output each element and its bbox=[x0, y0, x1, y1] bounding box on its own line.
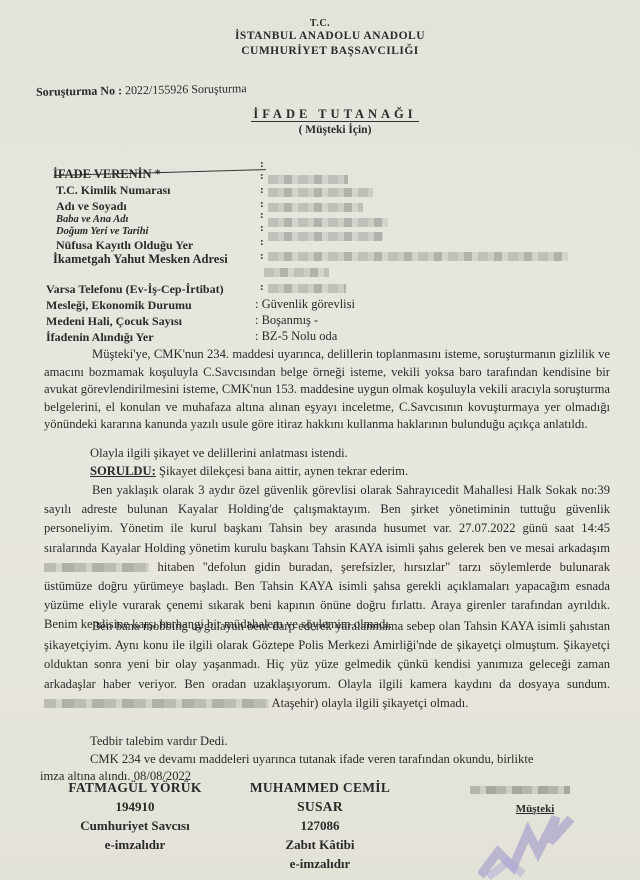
redacted-coworker-name bbox=[44, 563, 149, 572]
redacted-birth bbox=[268, 218, 388, 227]
statement-paragraph-1: Ben yaklaşık olarak 3 aydır özel güvenli… bbox=[44, 481, 610, 635]
clerk-esign: e-imzalıdır bbox=[245, 854, 395, 873]
clerk-id: 127086 bbox=[245, 816, 395, 835]
document-subtitle: ( Müşteki İçin) bbox=[0, 124, 640, 136]
asked-text: Şikayet dilekçesi bana aittir, aynen tek… bbox=[159, 464, 408, 478]
clerk-name: MUHAMMED CEMİL bbox=[245, 778, 395, 797]
field-label-parents: Baba ve Ana Adı bbox=[56, 214, 128, 225]
field-label-birth: Doğum Yeri ve Tarihi bbox=[56, 226, 148, 237]
investigation-number: Soruşturma No : 2022/155926 Soruşturma bbox=[36, 81, 247, 100]
redacted-name bbox=[268, 188, 373, 197]
prosecutor-name: FATMAGÜL YÖRÜK bbox=[60, 778, 210, 797]
prosecutor-role: Cumhuriyet Savcısı bbox=[60, 816, 210, 835]
header-office: İSTANBUL ANADOLU ANADOLU bbox=[10, 30, 640, 42]
value-marital: : Boşanmış - bbox=[255, 313, 318, 328]
prosecutor-esign: e-imzalıdır bbox=[60, 835, 210, 854]
field-label-marital: Medeni Hali, Çocuk Sayısı bbox=[46, 314, 182, 329]
redacted-coworker-info bbox=[44, 699, 269, 708]
colon: : bbox=[260, 209, 264, 221]
redacted-tc-id bbox=[268, 175, 348, 184]
colon: : bbox=[260, 184, 264, 196]
header-prosecutor: CUMHURİYET BAŞSAVCILIĞI bbox=[10, 45, 640, 57]
rights-paragraph: Müşteki'ye, CMK'nun 234. maddesi uyarınc… bbox=[44, 346, 610, 434]
redacted-registry bbox=[268, 232, 383, 241]
investigation-label: Soruşturma No : bbox=[36, 83, 122, 98]
document-page: T.C. İSTANBUL ANADOLU ANADOLU CUMHURİYET… bbox=[0, 0, 640, 880]
statement-paragraph-2: Ben bana mobbing uygulayan beni darp ede… bbox=[44, 617, 610, 713]
rights-text: Müşteki'ye, CMK'nun 234. maddesi uyarınc… bbox=[44, 347, 610, 431]
colon: : bbox=[260, 158, 264, 170]
statement-p1a: Ben yaklaşık olarak 3 aydır özel güvenli… bbox=[44, 483, 610, 555]
field-label-address: İkametgah Yahut Mesken Adresi bbox=[53, 252, 228, 267]
header-tc: T.C. bbox=[0, 18, 640, 29]
field-label-location: İfadenin Alındığı Yer bbox=[46, 330, 154, 345]
colon: : bbox=[260, 250, 264, 262]
asked-label: SORULDU: bbox=[90, 464, 156, 478]
investigation-value: 2022/155926 Soruşturma bbox=[125, 81, 247, 97]
colon: : bbox=[260, 236, 264, 248]
clerk-role: Zabıt Kâtibi bbox=[245, 835, 395, 854]
redacted-address bbox=[268, 252, 568, 261]
redacted-address-line2 bbox=[264, 268, 329, 277]
prosecutor-id: 194910 bbox=[60, 797, 210, 816]
title-text: İFADE TUTANAĞI bbox=[251, 107, 418, 122]
clerk-surname: SUSAR bbox=[245, 797, 395, 816]
field-label-registry: Nüfusa Kayıtlı Olduğu Yer bbox=[56, 238, 193, 253]
signature-clerk: MUHAMMED CEMİL SUSAR 127086 Zabıt Kâtibi… bbox=[245, 778, 395, 873]
statement-p2a: Ben bana mobbing uygulayan beni darp ede… bbox=[44, 619, 610, 691]
field-label-tc-id: T.C. Kimlik Numarası bbox=[56, 183, 170, 198]
measure-line: Tedbir talebim vardır Dedi. bbox=[90, 734, 228, 749]
statement-p2b: Ataşehir) olayla ilgili şikayetçi olmadı… bbox=[271, 696, 468, 710]
colon: : bbox=[260, 281, 264, 293]
colon: : bbox=[260, 170, 264, 182]
value-occupation: : Güvenlik görevlisi bbox=[255, 297, 355, 312]
redacted-parents bbox=[268, 203, 363, 212]
field-label-name: Adı ve Soyadı bbox=[56, 199, 127, 214]
closing-line-1: CMK 234 ve devamı maddeleri uyarınca tut… bbox=[90, 752, 533, 767]
value-location: : BZ-5 Nolu oda bbox=[255, 329, 337, 344]
document-title: İFADE TUTANAĞI bbox=[0, 107, 640, 122]
field-label-phone: Varsa Telefonu (Ev-İş-Cep-İrtibat) bbox=[46, 282, 224, 297]
request-line: Olayla ilgili şikayet ve delillerini anl… bbox=[90, 446, 348, 461]
redacted-phone bbox=[268, 284, 346, 293]
signature-prosecutor: FATMAGÜL YÖRÜK 194910 Cumhuriyet Savcısı… bbox=[60, 778, 210, 854]
field-label-occupation: Mesleği, Ekonomik Durumu bbox=[46, 298, 192, 313]
colon: : bbox=[260, 222, 264, 234]
handwritten-signature-icon bbox=[478, 812, 578, 880]
redacted-complainant-name bbox=[470, 786, 570, 794]
asked-line: SORULDU: Şikayet dilekçesi bana aittir, … bbox=[90, 464, 408, 479]
